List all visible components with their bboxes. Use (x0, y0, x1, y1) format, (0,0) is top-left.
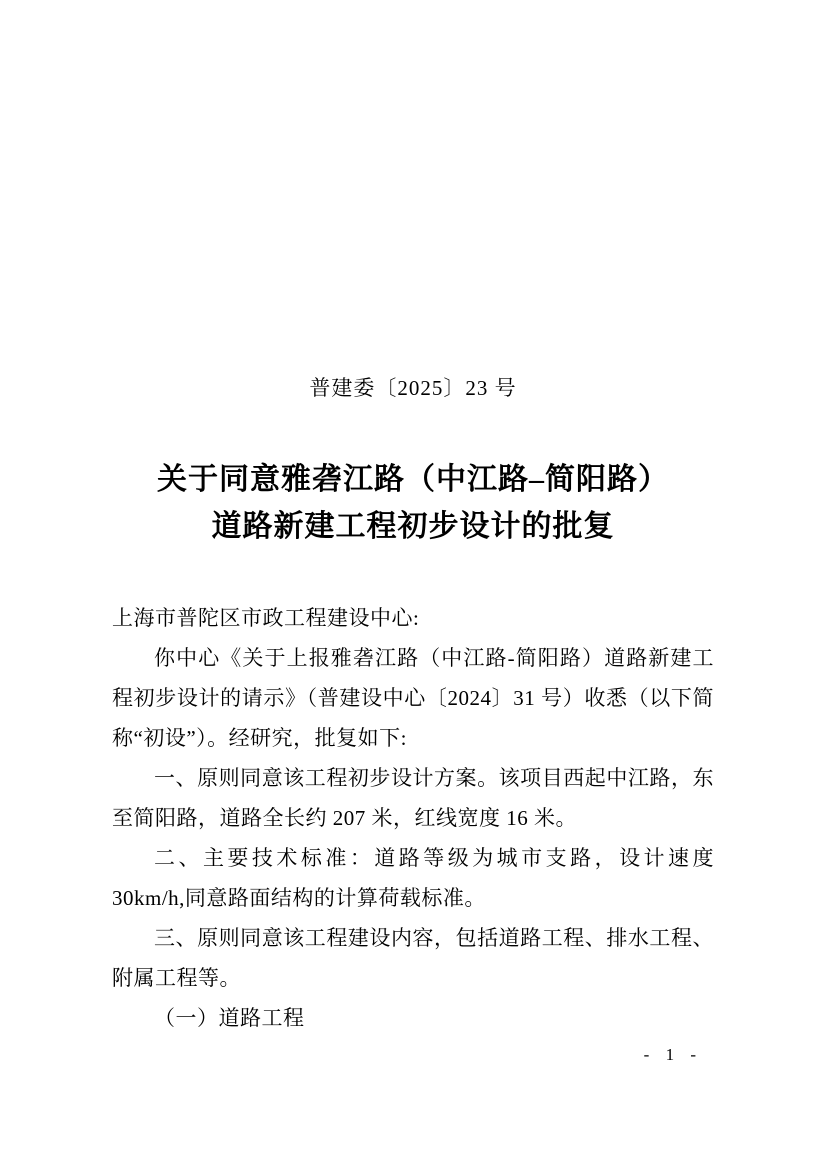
document-title-line-2: 道路新建工程初步设计的批复 (0, 503, 826, 550)
doc-reference-number: 普建委〔2025〕23 号 (0, 0, 826, 400)
page-number: - 1 - (644, 1044, 702, 1066)
paragraph-subitem-road-works: （一）道路工程 (112, 998, 714, 1038)
salutation: 上海市普陀区市政工程建设中心: (112, 598, 714, 638)
document-page: 普建委〔2025〕23 号 关于同意雅砻江路（中江路–简阳路） 道路新建工程初步… (0, 0, 826, 1169)
paragraph-item-1: 一、原则同意该工程初步设计方案。该项目西起中江路，东至简阳路，道路全长约 207… (112, 758, 714, 838)
paragraph-intro: 你中心《关于上报雅砻江路（中江路-简阳路）道路新建工程初步设计的请示》（普建设中… (112, 638, 714, 758)
document-title: 关于同意雅砻江路（中江路–简阳路） 道路新建工程初步设计的批复 (0, 456, 826, 550)
document-title-line-1: 关于同意雅砻江路（中江路–简阳路） (0, 456, 826, 503)
paragraph-item-2: 二、主要技术标准：道路等级为城市支路，设计速度 30km/h,同意路面结构的计算… (112, 838, 714, 918)
paragraph-item-3: 三、原则同意该工程建设内容，包括道路工程、排水工程、附属工程等。 (112, 918, 714, 998)
document-body: 上海市普陀区市政工程建设中心: 你中心《关于上报雅砻江路（中江路-简阳路）道路新… (112, 598, 714, 1038)
